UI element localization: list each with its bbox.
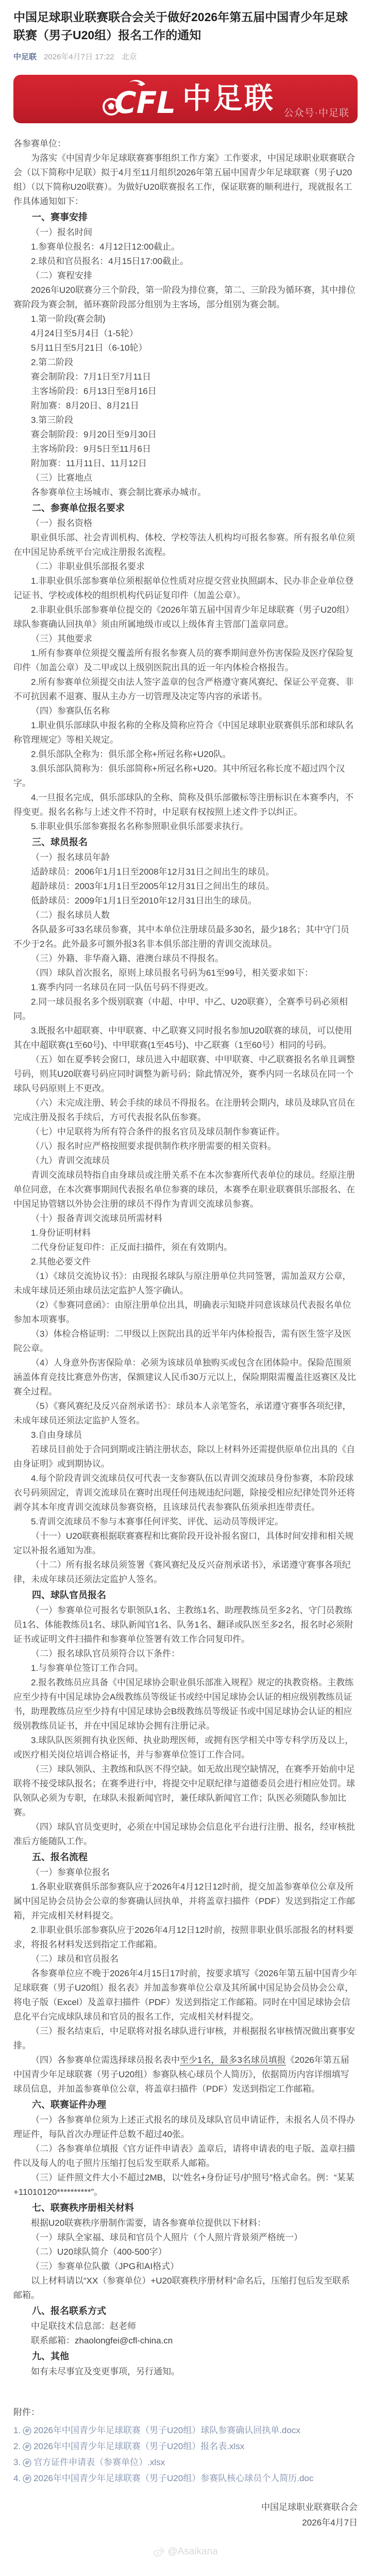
paragraph: （二）U20球队简介（400-500字）	[13, 2245, 358, 2259]
paragraph: （四）参赛队伍名称	[13, 704, 358, 718]
attachment-filename[interactable]: 官方证件申请表（参赛单位）.xlsx	[33, 2457, 165, 2468]
paragraph: 超龄球员：2003年1月1日至2005年12月31日之间出生的球员。	[13, 879, 358, 894]
paragraph: （5）《赛风赛纪及反兴奋剂承诺书》：球员本人亲笔签名，承诺遵守赛事各项纪律，未成…	[13, 1399, 358, 1428]
paragraph: （一）报名球员年龄	[13, 850, 358, 865]
paragraph: 1.非职业俱乐部参赛单位须根据单位性质对应提交营业执照副本、民办非企业单位登记证…	[13, 574, 358, 603]
section-heading: 四、球队官员报名	[13, 1587, 358, 1603]
publish-datetime: 2026年4月7日 17:22	[44, 52, 114, 62]
signature-org: 中国足球职业联赛联合会	[13, 2500, 358, 2515]
attachment-filename[interactable]: 2026年中国青少年足球联赛（男子U20组）报名表.xlsx	[33, 2441, 244, 2452]
paragraph: （六）未完成注册、转会手续的球员不得报名。在注册转会期内，球员及球队官员在完成注…	[13, 1096, 358, 1125]
paragraph: 各参赛单位：	[13, 137, 358, 151]
underlined-text: 至少1名，最多3名球员填报	[180, 2055, 286, 2065]
paragraph: 各参赛单位应不晚于2026年4月15日17时前，按要求填写《2026年第五届中国…	[13, 1966, 358, 2024]
weibo-watermark: @Asaikana	[13, 2546, 358, 2557]
paragraph: 赛会制阶段：9月20日至9月30日	[13, 428, 358, 442]
paragraph: （七）中足联将为所有符合条件的报名官员及球员制作参赛证件。	[13, 1125, 358, 1139]
paragraph: 3.第三阶段	[13, 413, 358, 428]
paragraph: （三）外籍、非华裔入籍、港澳台球员不得报名。	[13, 951, 358, 966]
paragraph: 2.第二阶段	[13, 355, 358, 370]
attachment-number: 4.	[13, 2473, 21, 2484]
paragraph: 3.自由身球员	[13, 1428, 358, 1442]
paragraph: 低龄球员：2009年1月1日至2010年12月31日出生的球员。	[13, 894, 358, 908]
paragraph: （二）赛程安排	[13, 269, 358, 283]
signature-block: 中国足球职业联赛联合会 2026年4月7日	[13, 2500, 358, 2531]
paragraph: （一）报名时间	[13, 225, 358, 240]
paragraph: 2.非职业俱乐部参赛单位提交的《2026年第五届中国青少年足球联赛（男子U20组…	[13, 603, 358, 632]
paragraph: 2.所有参赛单位须提交由法人签字盖章的包含严格遵守赛风赛纪、保证公平竞赛、非不可…	[13, 675, 358, 704]
paragraph: （五）如在夏季转会窗口，球员进入中超联赛、中甲联赛、中乙联赛报名名单且调整号码，…	[13, 1053, 358, 1096]
paragraph: （一）参赛单位可报名专职领队1名、主教练1名、助理教练员至多2名、守门员教练员1…	[13, 1603, 358, 1647]
paragraph: 各参赛单位主场城市、赛会制比赛承办城市。	[13, 485, 358, 500]
weibo-icon	[153, 2547, 164, 2557]
banner-brand-text: 中足联	[182, 85, 275, 113]
attachment-list: 1.2026年中国青少年足球联赛（男子U20组）球队参赛确认回执单.docx2.…	[13, 2425, 358, 2484]
attachments-label: 附件：	[13, 2405, 358, 2420]
banner-watermark-text: 公众号·中足联	[284, 105, 349, 119]
paragraph: 1.所有参赛单位须提交覆盖所有报名参赛人员的赛季期间意外伤害保险及医疗保险复印件…	[13, 646, 358, 675]
publish-location: 北京	[122, 52, 137, 62]
article-body: 各参赛单位：为落实《中国青少年足球联赛赛事组织工作方案》工作要求，中国足球职业联…	[13, 137, 358, 2379]
paragraph: 2.非职业俱乐部参赛队应于2026年4月12日12时前，按照非职业俱乐部报名的材…	[13, 1923, 358, 1952]
cfl-logo-icon: CFL	[96, 77, 177, 121]
paragraph: 职业俱乐部、社会青训机构、体校、学校等法人机构均可报名参赛。所有报名单位须在中国…	[13, 531, 358, 560]
article-page: 中国足球职业联赛联合会关于做好2026年第五届中国青少年足球联赛（男子U20组）…	[0, 0, 371, 2576]
paragraph: （三）报名结束后，中足联将对报名球队进行审核，并根据报名审核情况做出赛事安排。	[13, 2024, 358, 2053]
attachment-link[interactable]: 3.官方证件申请表（参赛单位）.xlsx	[13, 2457, 358, 2468]
attachment-filename[interactable]: 2026年中国青少年足球联赛（男子U20组）球队参赛确认回执单.docx	[33, 2425, 300, 2436]
paragraph: 各队最多可33名球员参赛，其中本单位注册球员最多30名，最少18名；其中守门员不…	[13, 923, 358, 951]
paragraph: （一）球队全家福、球员和官员个人照片（个人照片背景须严格统一）	[13, 2230, 358, 2245]
paragraph: 2.报名教练员应具备《中国足球协会职业俱乐部准入规程》规定的执教资格。主教练应至…	[13, 1676, 358, 1733]
paragraph: （四）各参赛单位需选择球员报名表中至少1名，最多3名球员填报《2026年第五届中…	[13, 2053, 358, 2096]
paragraph: 二代身份证复印件：正反面扫描件，须在有效期内。	[13, 1240, 358, 1255]
section-heading: 二、参赛单位报名要求	[13, 500, 358, 516]
paragraph: 根据U20联赛秩序册制作需要，请各参赛单位提供以下材料：	[13, 2216, 358, 2230]
paragraph: 1.第一阶段(赛会制)	[13, 312, 358, 326]
paragraph: 1.各职业联赛俱乐部参赛队应于2026年4月12日12时前，提交加盖参赛单位公章…	[13, 1880, 358, 1923]
paragraph: 附加赛：8月20日、8月21日	[13, 399, 358, 413]
paragraph: 1.赛季内同一名球员在同一队伍号码不得更改。	[13, 980, 358, 995]
section-heading: 五、报名流程	[13, 1849, 358, 1865]
svg-text:CFL: CFL	[114, 85, 176, 120]
page-title: 中国足球职业联赛联合会关于做好2026年第五届中国青少年足球联赛（男子U20组）…	[13, 8, 358, 44]
paragraph: （三）球队领队、主教练和队医不得空缺。如无故出现空缺情况，在赛季开始前中足联将不…	[13, 1762, 358, 1820]
paragraph: 1.职业俱乐部球队申报名称的全称及简称应符合《中国足球职业联赛俱乐部和球队名称管…	[13, 718, 358, 747]
paragraph: 3.球队队医须拥有执业医师、执业助理医师，或拥有医学相关中等专科学历及以上，或医…	[13, 1733, 358, 1762]
paperclip-icon	[23, 2442, 31, 2451]
paragraph: （八）报名时应严格按照要求提供制作秩序册需要的相关资料。	[13, 1139, 358, 1154]
paperclip-icon	[23, 2458, 31, 2467]
paragraph: 3.俱乐部队简称为：俱乐部简称+所冠名称+U20。其中所冠名称长度不超过四个汉字…	[13, 762, 358, 791]
attachment-link[interactable]: 1.2026年中国青少年足球联赛（男子U20组）球队参赛确认回执单.docx	[13, 2425, 358, 2436]
signature-date: 2026年4月7日	[13, 2515, 358, 2531]
paragraph: （三）参赛单位队徽（JPG和AI格式）	[13, 2259, 358, 2274]
paragraph: 3.既报名中超联赛、中甲联赛、中乙联赛又同时报名参加U20联赛的球员，可以使用其…	[13, 1024, 358, 1053]
paragraph: 2.球员和官员报名：4月15日17:00截止。	[13, 254, 358, 269]
paragraph: （4）人身意外伤害保险单：必须为该球员单独购买或包含在团体险中。保险范围须涵盖体…	[13, 1356, 358, 1399]
paragraph: （3）体检合格证明：二甲级以上医院出具的近半年内体检报告，需有医生签字及医院公章…	[13, 1327, 358, 1356]
paragraph: 赛会制阶段：7月1日至7月11日	[13, 370, 358, 384]
cfl-banner: CFL 中足联 公众号·中足联	[13, 75, 358, 123]
paragraph: （四）球队首次报名，原则上球员报名号码为61至99号，相关要求如下：	[13, 966, 358, 980]
paragraph: 适龄球员：2006年1月1日至2008年12月31日之间出生的球员。	[13, 865, 358, 879]
paragraph: 4月24日至5月4日（1-5轮）	[13, 326, 358, 341]
paragraph: 2.俱乐部队全称为：俱乐部全称+所冠名称+U20队。	[13, 747, 358, 762]
watermark-text: @Asaikana	[167, 2546, 217, 2557]
paragraph: （三）比赛地点	[13, 471, 358, 485]
paragraph: 为落实《中国青少年足球联赛赛事组织工作方案》工作要求，中国足球职业联赛联合会（以…	[13, 151, 358, 209]
paragraph: 如有未尽事宜及变更事项，另行通知。	[13, 2365, 358, 2379]
section-heading: 三、球员报名	[13, 834, 358, 850]
paragraph: （一）各参赛单位须为上述正式报名的球员及球队官员申请证件，未报名人员不得办理证件…	[13, 2113, 358, 2142]
paragraph: 主客场阶段：9月5日至11月6日	[13, 442, 358, 456]
paragraph: 2026年U20联赛分三个阶段，第一阶段为排位赛，第二、三阶段为循环赛，其中排位…	[13, 283, 358, 312]
paperclip-icon	[23, 2426, 31, 2435]
paragraph: 4.每个阶段青训交流球员仅可代表一支参赛队伍以青训交流球员身份参赛，本阶段球衣号…	[13, 1471, 358, 1515]
paragraph: （三）其他要求	[13, 632, 358, 646]
attachment-number: 1.	[13, 2425, 21, 2436]
section-heading: 一、赛事安排	[13, 209, 358, 225]
paragraph: 以上材料请以“XX（参赛单位）+U20联赛秩序册材料”命名后，压缩打包后发至联系…	[13, 2274, 358, 2303]
attachment-link[interactable]: 4.2026年中国青少年足球联赛（男子U20组）参赛队核心球员个人简历.doc	[13, 2473, 358, 2484]
attachments-section: 附件： 1.2026年中国青少年足球联赛（男子U20组）球队参赛确认回执单.do…	[13, 2405, 358, 2484]
paragraph: 1.与参赛单位签订工作合同。	[13, 1661, 358, 1676]
attachment-link[interactable]: 2.2026年中国青少年足球联赛（男子U20组）报名表.xlsx	[13, 2441, 358, 2452]
section-heading: 九、其他	[13, 2349, 358, 2364]
paragraph: （1）《球员交流协议书》：由现报名球队与原注册单位共同签署，需加盖双方公章，未成…	[13, 1269, 358, 1298]
paragraph: 若球员目前处于合同到期或注销注册状态，除以上材料外还需提供原单位出具的《自由身证…	[13, 1442, 358, 1471]
paragraph: 2.其他必要文件	[13, 1255, 358, 1269]
attachment-number: 3.	[13, 2457, 21, 2468]
attachment-filename[interactable]: 2026年中国青少年足球联赛（男子U20组）参赛队核心球员个人简历.doc	[33, 2473, 313, 2484]
paragraph: （二）各参赛单位填报《官方证件申请表》盖章后，请将申请表的电子版、盖章扫描件以及…	[13, 2142, 358, 2171]
paragraph: 附加赛：11月11日、11月12日	[13, 456, 358, 471]
paragraph: （九）青训交流球员	[13, 1154, 358, 1168]
paragraph: 中足联技术信息部：赵老师	[13, 2319, 358, 2334]
paragraph: 4.一旦报名完成，俱乐部球队的全称、简称及俱乐部徽标等注册标识在本赛季内，不得变…	[13, 791, 358, 819]
paragraph: （2）《参赛同意函》：由原注册单位出具，明确表示知晓并同意该球员代表报名单位参加…	[13, 1298, 358, 1327]
attachment-number: 2.	[13, 2441, 21, 2452]
paragraph: 5.青训交流球员不参与本赛事任何评奖、评优、运动员等级评定。	[13, 1515, 358, 1529]
paragraph: 5月11日至5月21日（6-10轮）	[13, 341, 358, 355]
paragraph: 1.身份证明材料	[13, 1226, 358, 1240]
paragraph: 青训交流球员特指自由身球员或注册关系不在本次参赛所代表单位的球员。经原注册单位同…	[13, 1168, 358, 1211]
paragraph: 联系邮箱：zhaolongfei@cfl-china.cn	[13, 2334, 358, 2348]
text-segment: （四）各参赛单位需选择球员报名表中	[31, 2055, 180, 2065]
section-heading: 八、报名联系方式	[13, 2303, 358, 2319]
paragraph: （三）证件照文件大小不超过2MB，以“姓名+身份证号/护照号”格式命名。例：“某…	[13, 2171, 358, 2200]
paragraph: （十二）所有报名球员须签署《赛风赛纪及反兴奋剂承诺书》，承诺遵守赛事各项纪律，未…	[13, 1558, 358, 1587]
paragraph: （四）球队官员变更时，必须在中国足球协会信息化平台进行注册、报名，经审核批准后方…	[13, 1820, 358, 1849]
paragraph: （十一）U20联赛根据联赛赛程和比赛阶段开设补报名窗口，具体时间安排和相关规定以…	[13, 1529, 358, 1558]
paragraph: 2.同一球员报名多个级别联赛（中超、中甲、中乙、U20联赛），全赛季号码必须相同…	[13, 995, 358, 1024]
source-account-link[interactable]: 中足联	[13, 52, 37, 62]
paragraph: （二）报名球员人数	[13, 908, 358, 923]
paragraph: （二）非职业俱乐部报名要求	[13, 560, 358, 574]
paragraph: 1.参赛单位报名：4月12日12:00截止。	[13, 240, 358, 254]
paragraph: （一）参赛单位报名	[13, 1865, 358, 1880]
paragraph: 5.非职业俱乐部参赛报名名称参照职业俱乐部要求执行。	[13, 819, 358, 834]
paragraph: （二）报名球队官员须符合以下条件：	[13, 1647, 358, 1661]
paperclip-icon	[23, 2474, 31, 2483]
section-heading: 六、联赛证件办理	[13, 2097, 358, 2112]
paragraph: 主客场阶段：6月13日至8月16日	[13, 384, 358, 399]
section-heading: 七、联赛秩序册相关材料	[13, 2200, 358, 2216]
paragraph: （十）报备青训交流球员所需材料	[13, 1211, 358, 1226]
meta-row: 中足联 2026年4月7日 17:22 北京	[13, 52, 358, 62]
paragraph: （一）报名资格	[13, 516, 358, 531]
paragraph: （二）球员和官员报名	[13, 1952, 358, 1966]
